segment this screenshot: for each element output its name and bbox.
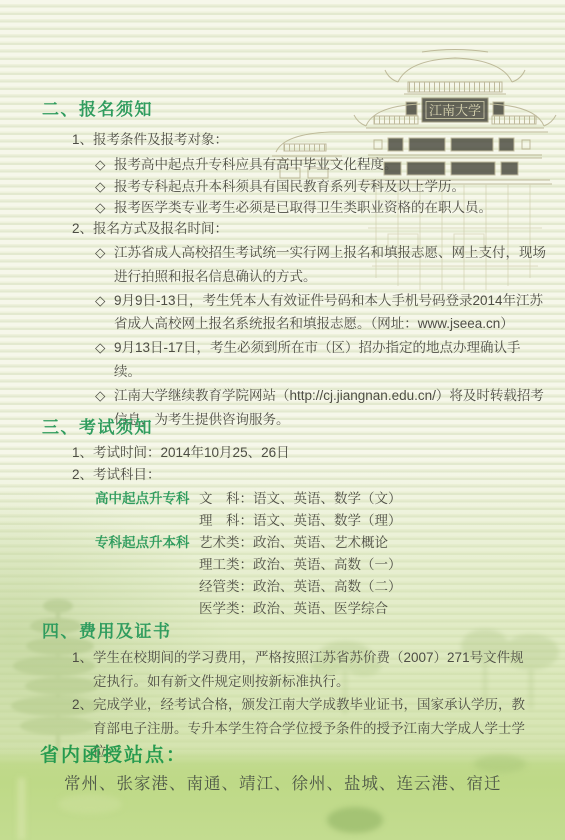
condition-item: ◇ 报考高中起点升专科应具有高中毕业文化程度。 <box>95 154 543 176</box>
level-label: 高中起点升专科 <box>95 488 199 510</box>
register-methods-list: ◇ 江苏省成人高校招生考试统一实行网上报名和填报志愿、网上支付，现场进行拍照和报… <box>95 241 547 431</box>
diamond-bullet-icon: ◇ <box>95 197 114 219</box>
level-label <box>95 598 199 620</box>
subject-row: 理 科：语文、英语、数学（理） <box>95 510 535 532</box>
method-item: ◇ 江苏省成人高校招生考试统一实行网上报名和填报志愿、网上支付，现场进行拍照和报… <box>95 241 547 289</box>
subject-text: 理工类：政治、英语、高数（一） <box>199 554 535 576</box>
subject-text: 文 科：语文、英语、数学（文） <box>199 488 535 510</box>
subject-text: 经管类：政治、英语、高数（二） <box>199 576 535 598</box>
condition-item: ◇ 报考专科起点升本科须具有国民教育系列专科及以上学历。 <box>95 176 543 198</box>
flyer-page: 江南大学 <box>0 0 565 840</box>
fee-text: 学生在校期间的学习费用，严格按照江苏省苏价费（2007）271号文件规定执行。如… <box>93 646 534 693</box>
section-exam-title: 三、考试须知 <box>42 418 153 438</box>
register-item2-label: 2、报名方式及报名时间： <box>72 220 228 238</box>
condition-item: ◇ 报考医学类专业考生必须是已取得卫生类职业资格的在职人员。 <box>95 197 543 219</box>
method-text: 江南大学继续教育学院网站（http://cj.jiangnan.edu.cn/）… <box>114 384 547 432</box>
diamond-bullet-icon: ◇ <box>95 176 114 198</box>
subject-text: 理 科：语文、英语、数学（理） <box>199 510 535 532</box>
section-register-title: 二、报名须知 <box>42 100 153 120</box>
exam-subjects-table: 高中起点升专科 文 科：语文、英语、数学（文） 理 科：语文、英语、数学（理） … <box>95 488 535 620</box>
condition-text: 报考专科起点升本科须具有国民教育系列专科及以上学历。 <box>114 176 543 198</box>
stations-list: 常州、张家港、南通、靖江、徐州、盐城、连云港、宿迁 <box>64 770 544 794</box>
subject-row: 医学类：政治、英语、医学综合 <box>95 598 535 620</box>
level-label <box>95 554 199 576</box>
item-number: 2、 <box>72 693 93 717</box>
register-item1-label: 1、报考条件及报考对象： <box>72 131 228 149</box>
stations-title: 省内函授站点： <box>40 740 187 767</box>
section-fee-title: 四、费用及证书 <box>42 622 172 642</box>
subject-text: 艺术类：政治、英语、艺术概论 <box>199 532 535 554</box>
subject-text: 医学类：政治、英语、医学综合 <box>199 598 535 620</box>
diamond-bullet-icon: ◇ <box>95 241 114 265</box>
exam-time-line: 1、考试时间：2014年10月25、26日 <box>72 444 290 462</box>
level-label: 专科起点升本科 <box>95 532 199 554</box>
subject-row: 专科起点升本科 艺术类：政治、英语、艺术概论 <box>95 532 535 554</box>
condition-text: 报考医学类专业考生必须是已取得卫生类职业资格的在职人员。 <box>114 197 543 219</box>
level-label <box>95 510 199 532</box>
register-conditions-list: ◇ 报考高中起点升专科应具有高中毕业文化程度。 ◇ 报考专科起点升本科须具有国民… <box>95 154 543 219</box>
diamond-bullet-icon: ◇ <box>95 154 114 176</box>
diamond-bullet-icon: ◇ <box>95 289 114 313</box>
condition-text: 报考高中起点升专科应具有高中毕业文化程度。 <box>114 154 543 176</box>
method-text: 江苏省成人高校招生考试统一实行网上报名和填报志愿、网上支付，现场进行拍照和报名信… <box>114 241 547 289</box>
subject-row: 高中起点升专科 文 科：语文、英语、数学（文） <box>95 488 535 510</box>
subject-row: 理工类：政治、英语、高数（一） <box>95 554 535 576</box>
method-item: ◇ 9月13日-17日，考生必须到所在市（区）招办指定的地点办理确认手续。 <box>95 336 547 384</box>
level-label <box>95 576 199 598</box>
item-number: 1、 <box>72 646 93 670</box>
method-item: ◇ 江南大学继续教育学院网站（http://cj.jiangnan.edu.cn… <box>95 384 547 432</box>
method-item: ◇ 9月9日-13日，考生凭本人有效证件号码和本人手机号码登录2014年江苏省成… <box>95 289 547 337</box>
fee-item: 1、 学生在校期间的学习费用，严格按照江苏省苏价费（2007）271号文件规定执… <box>72 646 534 693</box>
document-content: 二、报名须知 1、报考条件及报考对象： ◇ 报考高中起点升专科应具有高中毕业文化… <box>0 0 565 840</box>
method-text: 9月13日-17日，考生必须到所在市（区）招办指定的地点办理确认手续。 <box>114 336 547 384</box>
subject-row: 经管类：政治、英语、高数（二） <box>95 576 535 598</box>
diamond-bullet-icon: ◇ <box>95 384 114 408</box>
diamond-bullet-icon: ◇ <box>95 336 114 360</box>
exam-subjects-label: 2、考试科目： <box>72 466 161 484</box>
method-text: 9月9日-13日，考生凭本人有效证件号码和本人手机号码登录2014年江苏省成人高… <box>114 289 547 337</box>
